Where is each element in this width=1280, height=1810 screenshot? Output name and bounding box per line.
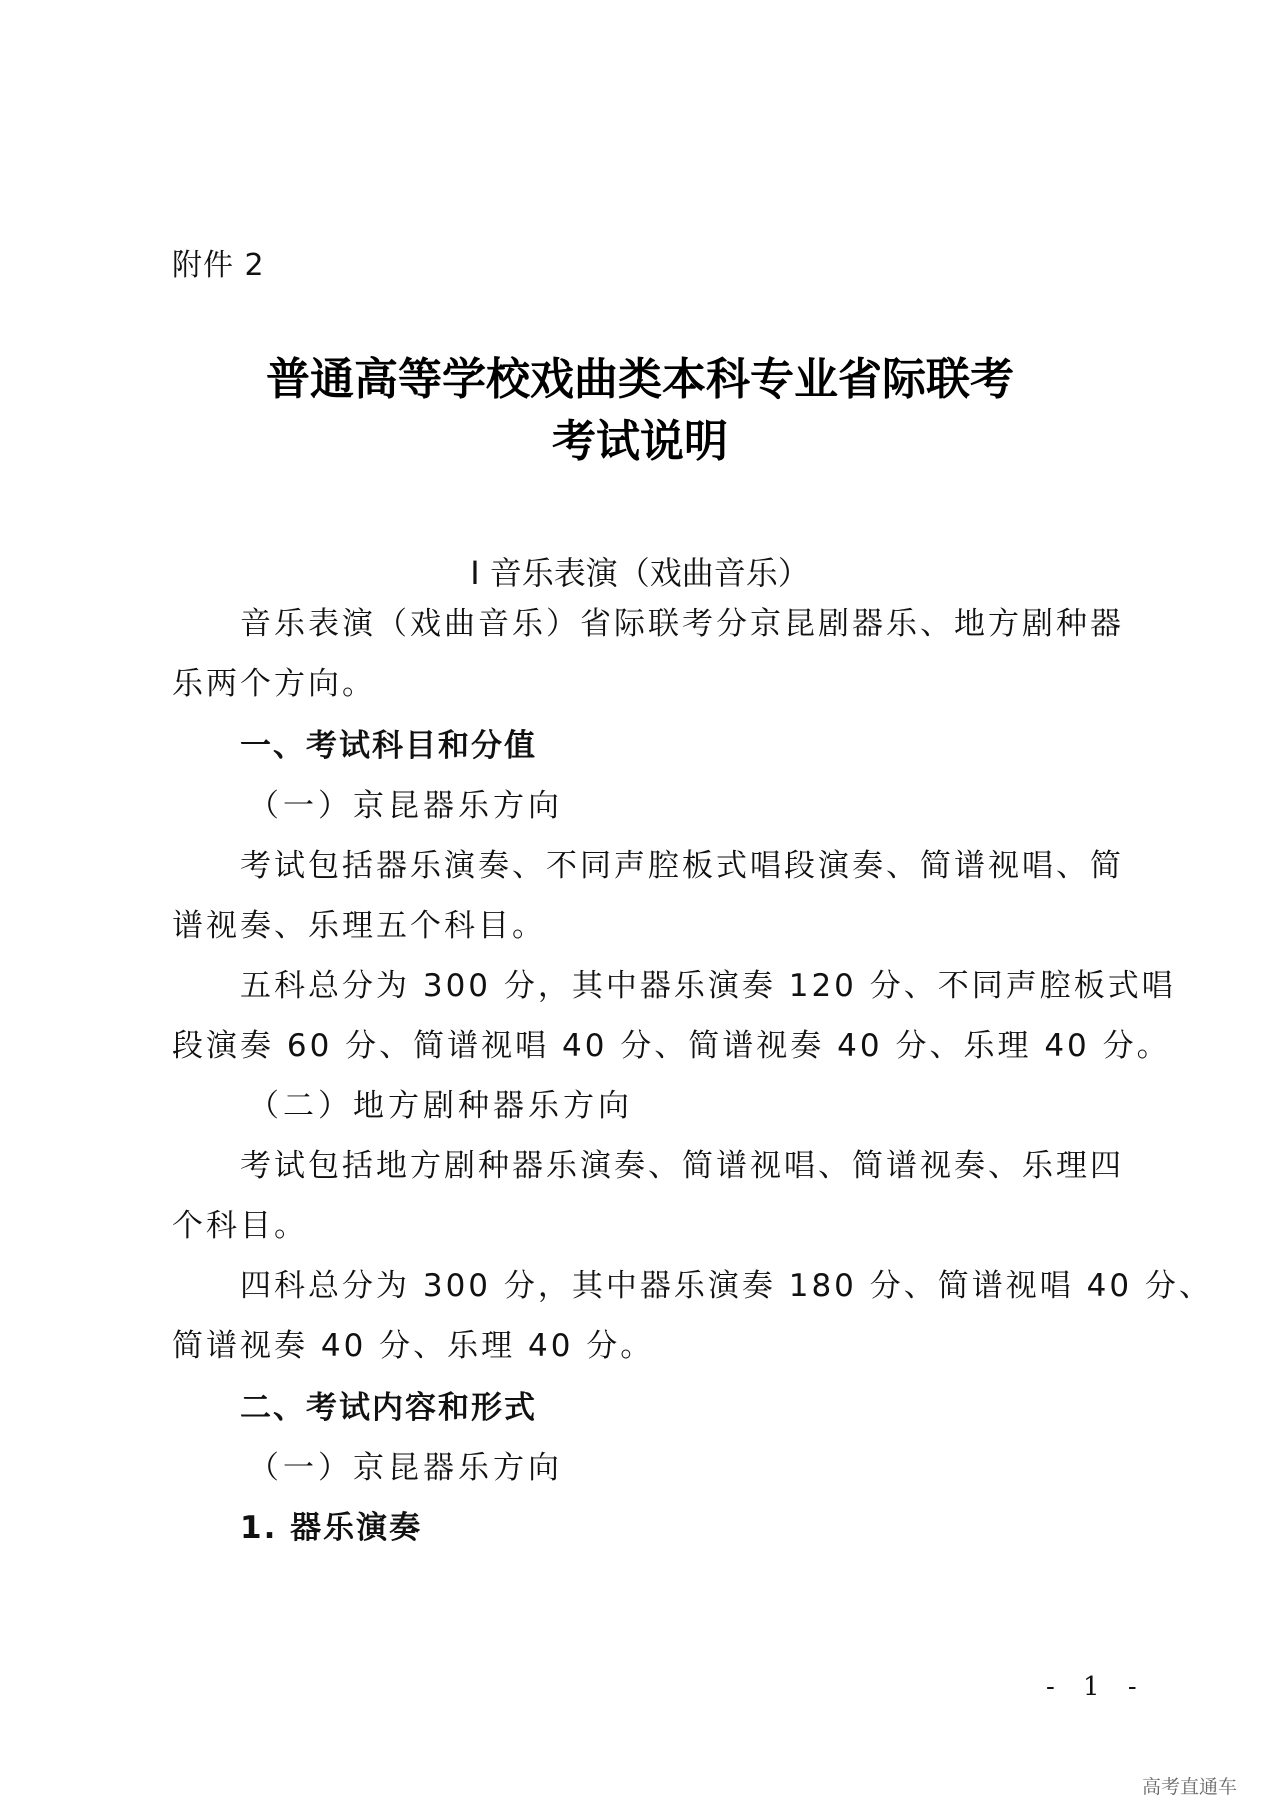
attachment-label: 附件 2 (172, 240, 265, 284)
page-number: - 1 - (1046, 1672, 1147, 1702)
document-title-line-1: 普通高等学校戏曲类本科专业省际联考 (0, 350, 1280, 410)
part1-sub1-para2-line-1: 五科总分为 300 分，其中器乐演奏 120 分、不同声腔板式唱 (240, 966, 1176, 1006)
intro-paragraph-line-2: 乐两个方向。 (172, 664, 376, 704)
intro-paragraph-line-1: 音乐表演（戏曲音乐）省际联考分京昆剧器乐、地方剧种器 (240, 604, 1124, 644)
part2-sub1-item1: 1. 器乐演奏 (240, 1508, 422, 1548)
part1-sub2-para1-line-2: 个科目。 (172, 1206, 308, 1246)
part1-heading: 一、考试科目和分值 (240, 726, 537, 766)
section-title: I 音乐表演（戏曲音乐） (0, 548, 1280, 594)
watermark-text: 高考直通车 (1142, 1772, 1237, 1799)
part1-sub2-para2-line-1: 四科总分为 300 分，其中器乐演奏 180 分、简谱视唱 40 分、 (240, 1266, 1213, 1306)
part1-sub2-heading: （二）地方剧种器乐方向 (248, 1086, 633, 1126)
part2-sub1-heading: （一）京昆器乐方向 (248, 1448, 563, 1488)
part1-sub1-heading: （一）京昆器乐方向 (248, 786, 563, 826)
part2-heading: 二、考试内容和形式 (240, 1388, 537, 1428)
part1-sub1-para1-line-1: 考试包括器乐演奏、不同声腔板式唱段演奏、简谱视唱、简 (240, 846, 1124, 886)
part1-sub1-para1-line-2: 谱视奏、乐理五个科目。 (172, 906, 546, 946)
document-title-line-2: 考试说明 (0, 412, 1280, 472)
document-page: 附件 2 普通高等学校戏曲类本科专业省际联考 考试说明 I 音乐表演（戏曲音乐）… (0, 0, 1280, 1810)
part1-sub2-para2-line-2: 简谱视奏 40 分、乐理 40 分。 (172, 1326, 654, 1366)
part1-sub1-para2-line-2: 段演奏 60 分、简谱视唱 40 分、简谱视奏 40 分、乐理 40 分。 (172, 1026, 1171, 1066)
part1-sub2-para1-line-1: 考试包括地方剧种器乐演奏、简谱视唱、简谱视奏、乐理四 (240, 1146, 1124, 1186)
